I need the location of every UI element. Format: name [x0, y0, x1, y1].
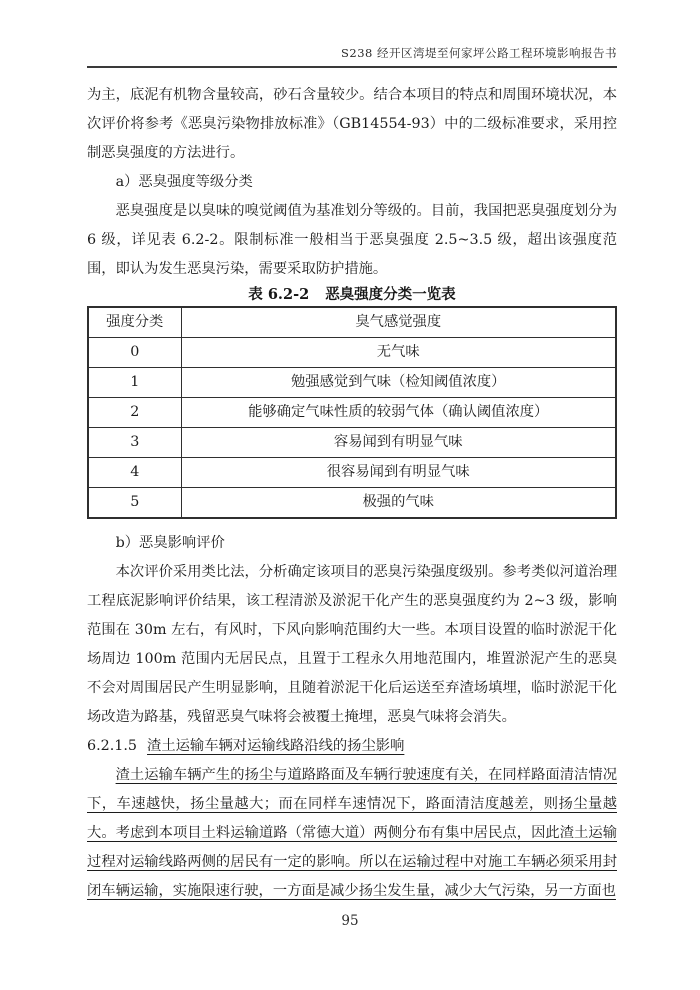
table-caption-title: 恶臭强度分类一览表 — [325, 286, 456, 303]
section-heading-6-2-1-5: 6.2.1.5渣土运输车辆对运输线路沿线的扬尘影响 — [87, 732, 617, 761]
odor-intensity-table: 强度分类 臭气感觉强度 0 无气味 1 勉强感觉到气味（检知阈值浓度） 2 能够… — [87, 306, 617, 519]
heading-odor-impact-assessment: b）恶臭影响评价 — [87, 529, 617, 558]
header-divider — [87, 66, 617, 68]
table-cell-grade: 3 — [88, 428, 181, 458]
table-row: 0 无气味 — [88, 338, 616, 368]
table-cell-grade: 4 — [88, 458, 181, 488]
table-cell-grade: 5 — [88, 488, 181, 519]
table-row: 1 勉强感觉到气味（检知阈值浓度） — [88, 368, 616, 398]
table-header-row: 强度分类 臭气感觉强度 — [88, 307, 616, 338]
table-cell-perception: 很容易闻到有明显气味 — [181, 458, 616, 488]
heading-odor-grade-classification: a）恶臭强度等级分类 — [87, 168, 617, 197]
table-cell-grade: 0 — [88, 338, 181, 368]
table-header-grade: 强度分类 — [88, 307, 181, 338]
paragraph-dust-impact: 渣土运输车辆产生的扬尘与道路路面及车辆行驶速度有关，在同样路面清洁情况下，车速越… — [87, 761, 617, 906]
section-number: 6.2.1.5 — [87, 738, 137, 754]
paragraph-intro: 为主，底泥有机物含量较高，砂石含量较少。结合本项目的特点和周围环境状况，本次评价… — [87, 81, 617, 168]
table-cell-perception: 容易闻到有明显气味 — [181, 428, 616, 458]
table-row: 3 容易闻到有明显气味 — [88, 428, 616, 458]
table-cell-perception: 能够确定气味性质的较弱气体（确认阈值浓度） — [181, 398, 616, 428]
document-body: 为主，底泥有机物含量较高，砂石含量较少。结合本项目的特点和周围环境状况，本次评价… — [87, 81, 617, 906]
table-row: 4 很容易闻到有明显气味 — [88, 458, 616, 488]
table-caption: 表 6.2-2恶臭强度分类一览表 — [87, 284, 617, 306]
document-page: S238 经开区湾堤至何家坪公路工程环境影响报告书 为主，底泥有机物含量较高，砂… — [0, 0, 700, 990]
table-caption-number: 表 6.2-2 — [248, 286, 309, 303]
table-cell-perception: 极强的气味 — [181, 488, 616, 519]
page-number: 95 — [0, 913, 700, 929]
table-cell-grade: 1 — [88, 368, 181, 398]
table-cell-grade: 2 — [88, 398, 181, 428]
page-header-title: S238 经开区湾堤至何家坪公路工程环境影响报告书 — [87, 46, 617, 60]
section-title: 渣土运输车辆对运输线路沿线的扬尘影响 — [147, 738, 404, 754]
table-row: 2 能够确定气味性质的较弱气体（确认阈值浓度） — [88, 398, 616, 428]
paragraph-odor-grade: 恶臭强度是以臭味的嗅觉阈值为基准划分等级的。目前，我国把恶臭强度划分为 6 级，… — [87, 197, 617, 284]
table-cell-perception: 无气味 — [181, 338, 616, 368]
table-row: 5 极强的气味 — [88, 488, 616, 519]
paragraph-odor-impact: 本次评价采用类比法，分析确定该项目的恶臭污染强度级别。参考类似河道治理工程底泥影… — [87, 558, 617, 732]
table-header-perception: 臭气感觉强度 — [181, 307, 616, 338]
table-cell-perception: 勉强感觉到气味（检知阈值浓度） — [181, 368, 616, 398]
